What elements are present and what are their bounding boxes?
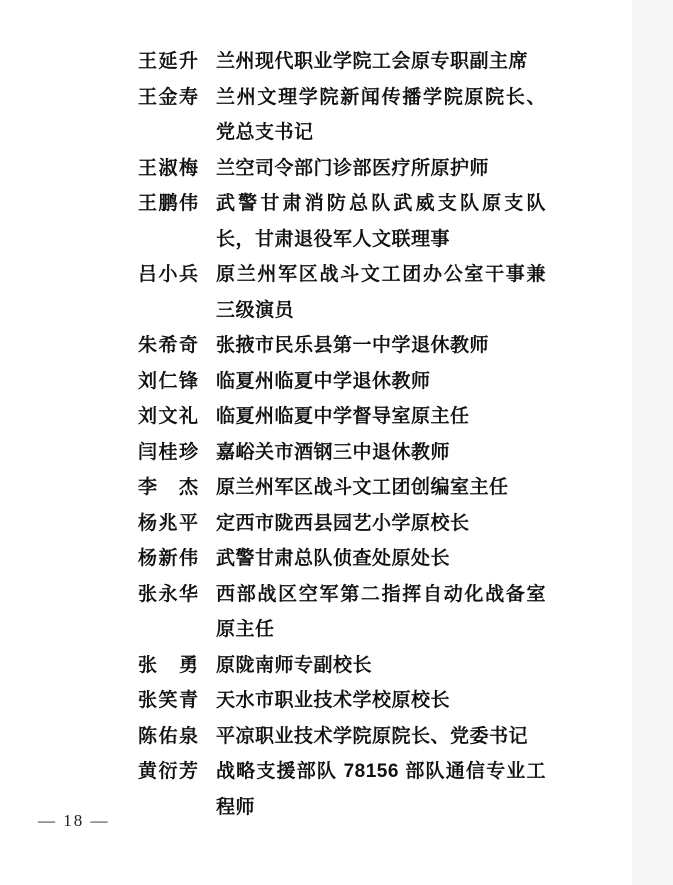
person-title: 定西市陇西县园艺小学原校长 xyxy=(216,506,546,542)
list-item: 杨新伟 武警甘肃总队侦查处原处长 xyxy=(138,541,550,577)
person-name: 王金寿 xyxy=(138,80,216,116)
list-item: 杨兆平 定西市陇西县园艺小学原校长 xyxy=(138,506,550,542)
list-item: 王鹏伟 武警甘肃消防总队武威支队原支队长，甘肃退役军人文联理事 xyxy=(138,186,550,257)
person-title: 原兰州军区战斗文工团办公室干事兼三级演员 xyxy=(216,257,546,328)
person-title: 嘉峪关市酒钢三中退休教师 xyxy=(216,435,546,471)
person-title: 武警甘肃总队侦查处原处长 xyxy=(216,541,546,577)
person-name: 张永华 xyxy=(138,577,216,613)
person-title: 原兰州军区战斗文工团创编室主任 xyxy=(216,470,546,506)
person-name: 刘文礼 xyxy=(138,399,216,435)
person-name: 张 勇 xyxy=(138,648,216,684)
person-title: 临夏州临夏中学督导室原主任 xyxy=(216,399,546,435)
person-name: 吕小兵 xyxy=(138,257,216,293)
person-name: 杨新伟 xyxy=(138,541,216,577)
person-title: 天水市职业技术学校原校长 xyxy=(216,683,546,719)
list-item: 王淑梅 兰空司令部门诊部医疗所原护师 xyxy=(138,151,550,187)
list-item: 吕小兵 原兰州军区战斗文工团办公室干事兼三级演员 xyxy=(138,257,550,328)
document-page: 王延升 兰州现代职业学院工会原专职副主席 王金寿 兰州文理学院新闻传播学院原院长… xyxy=(0,0,673,885)
honoree-list: 王延升 兰州现代职业学院工会原专职副主席 王金寿 兰州文理学院新闻传播学院原院长… xyxy=(138,44,550,825)
person-title: 张掖市民乐县第一中学退休教师 xyxy=(216,328,546,364)
person-title: 兰州现代职业学院工会原专职副主席 xyxy=(216,44,546,80)
list-item: 王延升 兰州现代职业学院工会原专职副主席 xyxy=(138,44,550,80)
person-name: 王鹏伟 xyxy=(138,186,216,222)
list-item: 李 杰 原兰州军区战斗文工团创编室主任 xyxy=(138,470,550,506)
person-name: 王淑梅 xyxy=(138,151,216,187)
list-item: 张永华 西部战区空军第二指挥自动化战备室原主任 xyxy=(138,577,550,648)
person-name: 闫桂珍 xyxy=(138,435,216,471)
list-item: 刘仁锋 临夏州临夏中学退休教师 xyxy=(138,364,550,400)
person-name: 黄衍芳 xyxy=(138,754,216,790)
person-title: 武警甘肃消防总队武威支队原支队长，甘肃退役军人文联理事 xyxy=(216,186,546,257)
list-item: 朱希奇 张掖市民乐县第一中学退休教师 xyxy=(138,328,550,364)
person-title: 兰州文理学院新闻传播学院原院长、党总支书记 xyxy=(216,80,546,151)
person-name: 杨兆平 xyxy=(138,506,216,542)
list-item: 张 勇 原陇南师专副校长 xyxy=(138,648,550,684)
person-name: 王延升 xyxy=(138,44,216,80)
person-name: 陈佑泉 xyxy=(138,719,216,755)
list-item: 刘文礼 临夏州临夏中学督导室原主任 xyxy=(138,399,550,435)
person-title: 兰空司令部门诊部医疗所原护师 xyxy=(216,151,546,187)
list-item: 黄衍芳 战略支援部队 78156 部队通信专业工程师 xyxy=(138,754,550,825)
page-number: — 18 — xyxy=(38,811,110,831)
person-name: 刘仁锋 xyxy=(138,364,216,400)
person-title: 临夏州临夏中学退休教师 xyxy=(216,364,546,400)
list-item: 张笑青 天水市职业技术学校原校长 xyxy=(138,683,550,719)
person-title: 西部战区空军第二指挥自动化战备室原主任 xyxy=(216,577,546,648)
person-title: 战略支援部队 78156 部队通信专业工程师 xyxy=(216,754,546,825)
person-title: 平凉职业技术学院原院长、党委书记 xyxy=(216,719,546,755)
person-name: 朱希奇 xyxy=(138,328,216,364)
person-name: 李 杰 xyxy=(138,470,216,506)
person-title: 原陇南师专副校长 xyxy=(216,648,546,684)
person-name: 张笑青 xyxy=(138,683,216,719)
list-item: 王金寿 兰州文理学院新闻传播学院原院长、党总支书记 xyxy=(138,80,550,151)
scan-edge-strip xyxy=(632,0,673,885)
list-item: 闫桂珍 嘉峪关市酒钢三中退休教师 xyxy=(138,435,550,471)
list-item: 陈佑泉 平凉职业技术学院原院长、党委书记 xyxy=(138,719,550,755)
